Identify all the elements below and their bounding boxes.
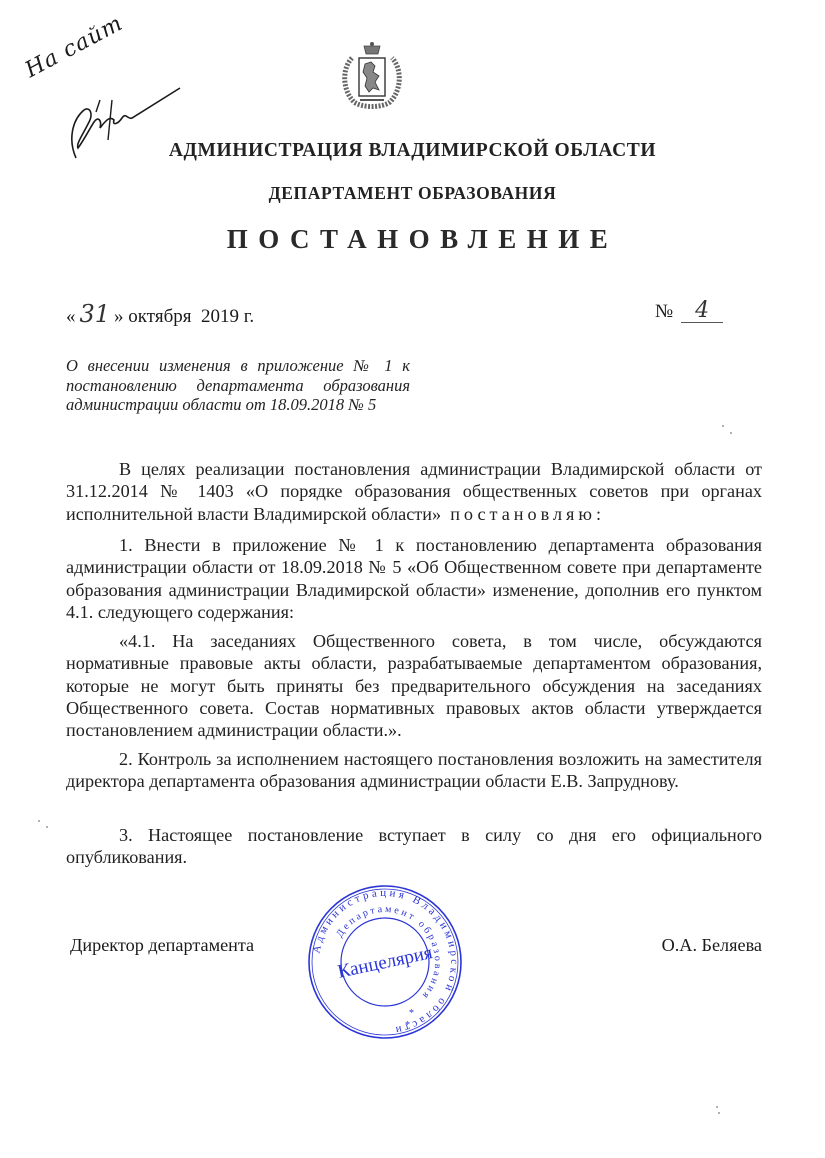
item-1-text: 1. Внести в приложение № 1 к постановлен… — [66, 534, 762, 623]
number-value: 4 — [681, 300, 723, 323]
scan-speck — [722, 425, 724, 427]
resolve-word: постановляю: — [450, 504, 605, 524]
svg-text:*: * — [409, 1008, 414, 1019]
item-1-paragraph: 1. Внести в приложение № 1 к постановлен… — [66, 534, 762, 623]
scan-speck — [38, 820, 40, 822]
document-subject: О внесении изменения в приложение № 1 к … — [66, 356, 410, 415]
document-date: «31» октября 2019 г. — [66, 300, 254, 328]
organization-name: АДМИНИСТРАЦИЯ ВЛАДИМИРСКОЙ ОБЛАСТИ — [0, 140, 825, 162]
date-day: 31 — [80, 300, 111, 328]
scan-speck — [730, 432, 732, 434]
date-open-quote: « — [66, 306, 76, 327]
document-type-title: ПОСТАНОВЛЕНИЕ — [0, 224, 825, 255]
item-1-quote-paragraph: «4.1. На заседаниях Общественного совета… — [66, 630, 762, 741]
svg-text:*: * — [405, 1020, 410, 1031]
scan-speck — [716, 1106, 718, 1108]
document-number: №4 — [655, 300, 723, 323]
scan-speck — [46, 826, 48, 828]
preamble-paragraph: В целях реализации постановления админис… — [66, 458, 762, 525]
signer-position: Директор департамента — [70, 935, 254, 956]
office-stamp-icon: Администрация Владимирской области Депар… — [305, 882, 465, 1042]
coat-of-arms-icon — [338, 40, 406, 112]
item-3-text: 3. Настоящее постановление вступает в си… — [66, 824, 762, 869]
date-month-year: октября 2019 г. — [128, 306, 254, 327]
department-name: ДЕПАРТАМЕНТ ОБРАЗОВАНИЯ — [0, 183, 825, 204]
item-2-text: 2. Контроль за исполнением настоящего по… — [66, 748, 762, 793]
scan-speck — [718, 1112, 720, 1114]
preamble-text: В целях реализации постановления админис… — [66, 459, 762, 524]
svg-text:Канцелярия: Канцелярия — [336, 942, 435, 983]
item-2-paragraph: 2. Контроль за исполнением настоящего по… — [66, 748, 762, 793]
date-close-quote: » — [114, 306, 124, 327]
item-1-quote-text: «4.1. На заседаниях Общественного совета… — [66, 630, 762, 741]
signer-name: О.А. Беляева — [662, 935, 762, 956]
number-label: № — [655, 301, 673, 322]
item-3-paragraph: 3. Настоящее постановление вступает в си… — [66, 824, 762, 869]
